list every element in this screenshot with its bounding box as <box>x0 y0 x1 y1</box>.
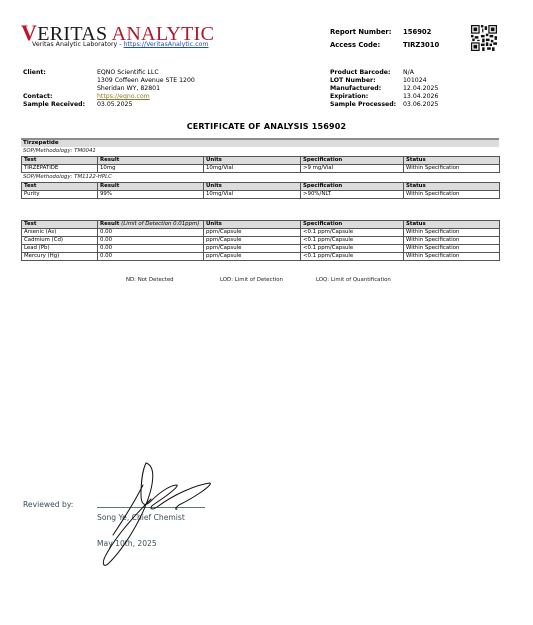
header-units: Units <box>204 157 301 165</box>
results-table-heavy-metals: Test Result (Limit of Detection 0.01ppm)… <box>21 220 500 261</box>
sop-methodology-1: SOP/Methodology: TM0041 <box>23 148 96 154</box>
cell-specification: <0.1 ppm/Capsule <box>301 229 404 237</box>
header-result: Result (Limit of Detection 0.01ppm) <box>98 221 204 229</box>
cell-test: Lead (Pb) <box>22 245 98 253</box>
product-barcode-label: Product Barcode: <box>330 69 390 76</box>
brand-tagline: Veritas Analytic Laboratory - https://Ve… <box>32 41 209 48</box>
results-table-purity: Test Result Units Specification Status P… <box>21 182 500 199</box>
cell-specification: >9 mg/Vial <box>301 165 404 173</box>
client-label: Client: <box>23 69 46 76</box>
header-specification: Specification <box>301 157 404 165</box>
cell-result: 0.00 <box>98 253 204 261</box>
reviewed-by-label: Reviewed by: <box>23 500 73 509</box>
cell-result: 0.00 <box>98 237 204 245</box>
table-header-row: Test Result Units Specification Status <box>22 183 500 191</box>
expiration-label: Expiration: <box>330 93 368 100</box>
sample-processed-label: Sample Processed: <box>330 101 396 108</box>
client-name: EQNO Scientific LLC <box>97 69 159 76</box>
cell-specification: >90%/NLT <box>301 191 404 199</box>
results-table-identity: Test Result Units Specification Status T… <box>21 156 500 173</box>
cell-result: 99% <box>98 191 204 199</box>
table-row: Cadmium (Cd) 0.00 ppm/Capsule <0.1 ppm/C… <box>22 237 500 245</box>
manufactured-value: 12.04.2025 <box>403 85 438 92</box>
lot-number-value: 101024 <box>403 77 427 84</box>
cell-test: Cadmium (Cd) <box>22 237 98 245</box>
header-result: Result <box>98 183 204 191</box>
header-specification: Specification <box>301 183 404 191</box>
contact-link[interactable]: https://eqno.com <box>97 93 150 100</box>
header-result: Result <box>98 157 204 165</box>
client-address-line1: 1309 Coffeen Avenue STE 1200 <box>97 77 195 84</box>
manufactured-label: Manufactured: <box>330 85 381 92</box>
certificate-title: CERTIFICATE OF ANALYSIS 156902 <box>0 122 533 131</box>
cell-status: Within Specification <box>404 237 500 245</box>
cell-result: 10mg <box>98 165 204 173</box>
cell-units: ppm/Capsule <box>204 229 301 237</box>
report-number-label: Report Number: <box>330 28 392 36</box>
access-code-label: Access Code: <box>330 41 380 49</box>
cell-units: 10mg/Vial <box>204 191 301 199</box>
access-code-value: TIRZ3010 <box>403 41 439 49</box>
expiration-value: 13.04.2026 <box>403 93 438 100</box>
cell-test: Purity <box>22 191 98 199</box>
cell-units: ppm/Capsule <box>204 253 301 261</box>
header-units: Units <box>204 221 301 229</box>
qr-code-icon[interactable] <box>471 25 497 51</box>
cell-test: Arsenic (As) <box>22 229 98 237</box>
sample-processed-value: 03.06.2025 <box>403 101 438 108</box>
legend-nd: ND: Not Detected <box>126 277 174 283</box>
table-row: Lead (Pb) 0.00 ppm/Capsule <0.1 ppm/Caps… <box>22 245 500 253</box>
header-units: Units <box>204 183 301 191</box>
cell-specification: <0.1 ppm/Capsule <box>301 245 404 253</box>
tagline-text: Veritas Analytic Laboratory - <box>32 41 124 48</box>
cell-units: ppm/Capsule <box>204 245 301 253</box>
legend-loq: LOQ: Limit of Quantification <box>316 277 391 283</box>
client-address-line2: Sheridan WY, 82801 <box>97 85 160 92</box>
report-number-value: 156902 <box>403 28 431 36</box>
product-barcode-value: N/A <box>403 69 414 76</box>
header-test: Test <box>22 183 98 191</box>
legend-lod: LOD: Limit of Detection <box>220 277 283 283</box>
table-row: Arsenic (As) 0.00 ppm/Capsule <0.1 ppm/C… <box>22 229 500 237</box>
cell-specification: <0.1 ppm/Capsule <box>301 253 404 261</box>
header-status: Status <box>404 221 500 229</box>
header-status: Status <box>404 157 500 165</box>
contact-label: Contact: <box>23 93 52 100</box>
header-test: Test <box>22 221 98 229</box>
header-status: Status <box>404 183 500 191</box>
section-header: Tirzepatide <box>21 138 499 147</box>
signature-icon <box>95 455 225 575</box>
lod-note: (Limit of Detection 0.01ppm) <box>121 221 199 227</box>
table-header-row: Test Result (Limit of Detection 0.01ppm)… <box>22 221 500 229</box>
table-row: Purity 99% 10mg/Vial >90%/NLT Within Spe… <box>22 191 500 199</box>
cell-status: Within Specification <box>404 245 500 253</box>
sample-received-value: 03.05.2025 <box>97 101 132 108</box>
cell-result: 0.00 <box>98 245 204 253</box>
cell-units: ppm/Capsule <box>204 237 301 245</box>
table-row: Mercury (Hg) 0.00 ppm/Capsule <0.1 ppm/C… <box>22 253 500 261</box>
lot-number-label: LOT Number: <box>330 77 376 84</box>
sample-received-label: Sample Received: <box>23 101 85 108</box>
header-result-label: Result <box>100 221 119 227</box>
cell-status: Within Specification <box>404 165 500 173</box>
cell-result: 0.00 <box>98 229 204 237</box>
cell-units: 10mg/Vial <box>204 165 301 173</box>
section-name: Tirzepatide <box>23 140 59 147</box>
website-link[interactable]: https://VeritasAnalytic.com <box>124 41 209 48</box>
cell-status: Within Specification <box>404 229 500 237</box>
cell-status: Within Specification <box>404 191 500 199</box>
table-row: TIRZEPATIDE 10mg 10mg/Vial >9 mg/Vial Wi… <box>22 165 500 173</box>
cell-specification: <0.1 ppm/Capsule <box>301 237 404 245</box>
sop-methodology-2: SOP/Methodology: TM1122-HPLC <box>23 174 112 180</box>
cell-test: TIRZEPATIDE <box>22 165 98 173</box>
header-test: Test <box>22 157 98 165</box>
cell-test: Mercury (Hg) <box>22 253 98 261</box>
header-specification: Specification <box>301 221 404 229</box>
table-header-row: Test Result Units Specification Status <box>22 157 500 165</box>
cell-status: Within Specification <box>404 253 500 261</box>
